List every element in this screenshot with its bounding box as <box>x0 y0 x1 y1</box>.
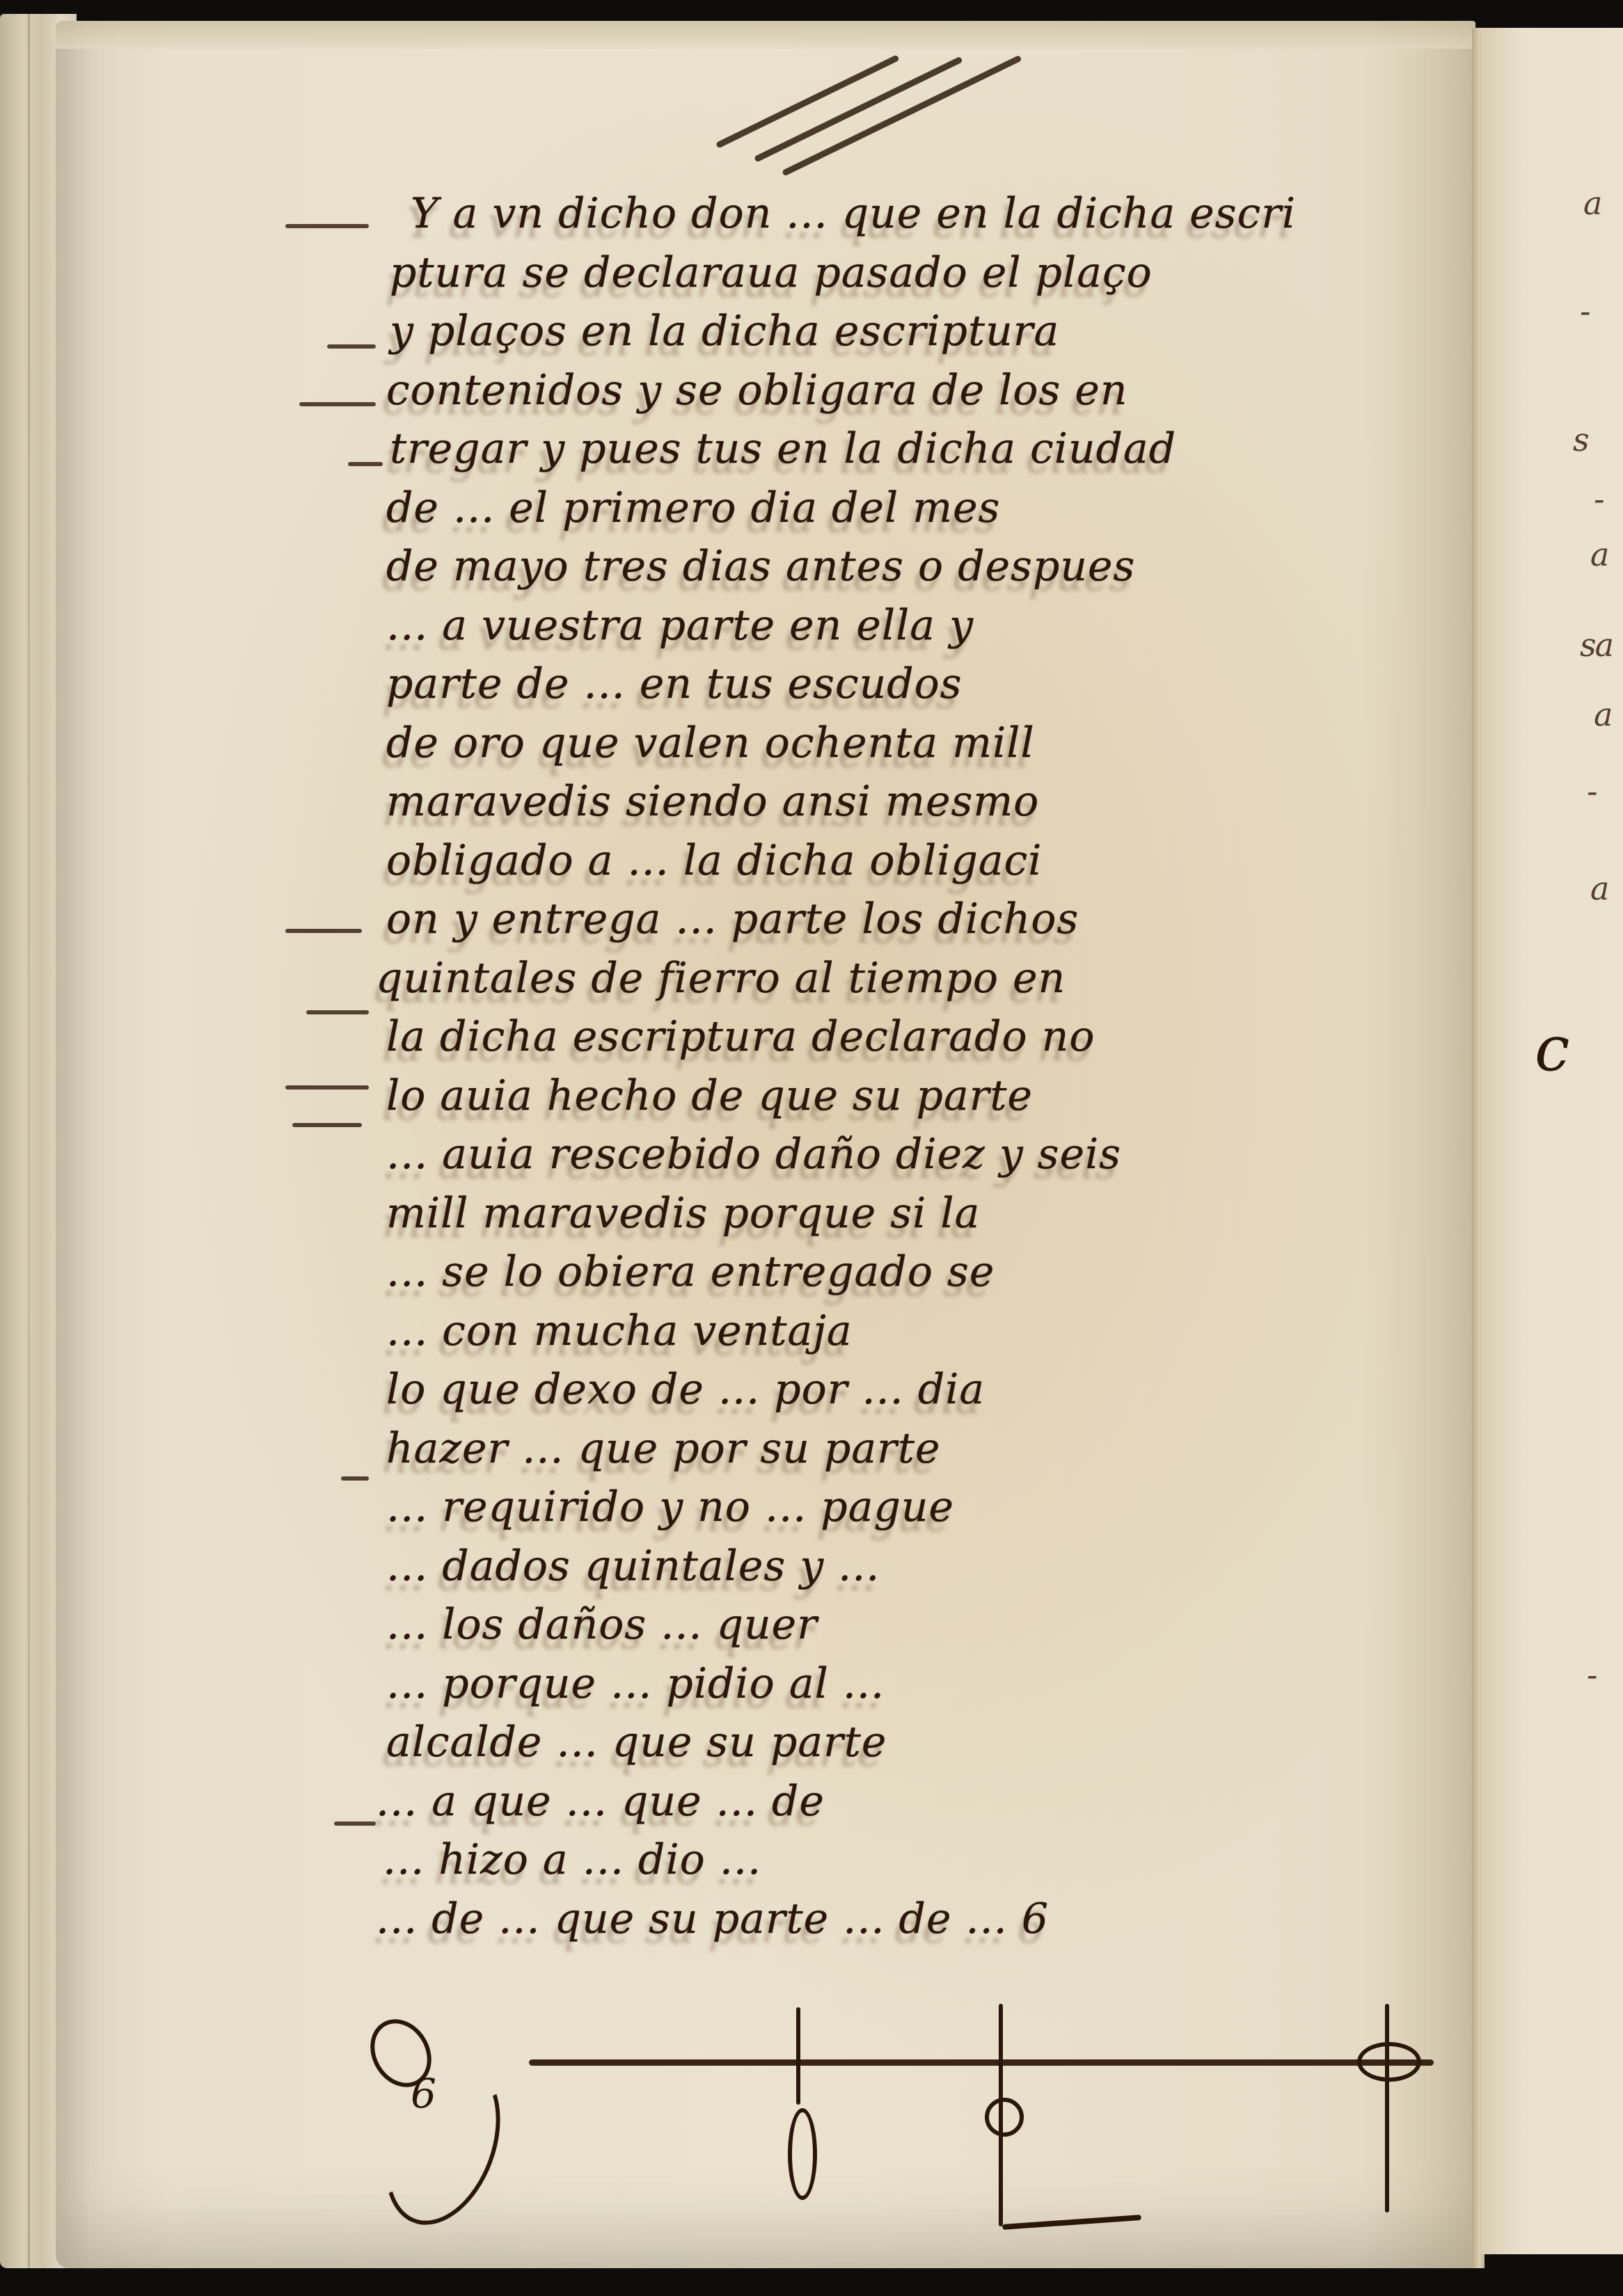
text-line: ... los daños ... quer <box>348 1595 1434 1655</box>
text-line: lo que dexo de ... por ... dia <box>348 1360 1434 1419</box>
text-line: ... con mucha ventaja <box>348 1302 1434 1361</box>
text-line: alcalde ... que su parte <box>348 1713 1434 1772</box>
facing-page-fragment: a <box>1583 184 1601 222</box>
text-line: de mayo tres dias antes o despues <box>348 537 1434 596</box>
facing-page-fragment: s <box>1573 421 1588 459</box>
manuscript-text-block: Y a vn dicho don ... que en la dicha esc… <box>348 184 1434 1948</box>
facing-page-fragment: a <box>1590 536 1608 573</box>
rubric-stem-center <box>796 2007 800 2105</box>
text-line: de ... el primero dia del mes <box>348 479 1434 538</box>
text-line: ... hizo a ... dio ... <box>348 1831 1434 1890</box>
text-line: Y a vn dicho don ... que en la dicha esc… <box>348 184 1434 244</box>
text-line: ptura se declaraua pasado el plaço <box>348 244 1434 303</box>
text-line: de oro que valen ochenta mill <box>348 714 1434 773</box>
header-slash-mark <box>717 38 1051 177</box>
text-line: mill maravedis porque si la <box>348 1184 1434 1243</box>
text-line: hazer ... que por su parte <box>348 1419 1434 1478</box>
facing-page-fragment: - <box>1587 1656 1597 1693</box>
rubric-loop-end <box>1357 2042 1421 2082</box>
rubric-oval-center <box>788 2108 817 2200</box>
rubric-circle-right <box>985 2098 1024 2137</box>
text-line: lo auia hecho de que su parte <box>348 1067 1434 1126</box>
text-line: ... dados quintales y ... <box>348 1537 1434 1596</box>
text-line: ... auia rescebido daño diez y seis <box>348 1125 1434 1184</box>
text-line: ... a que ... que ... de <box>348 1772 1434 1831</box>
folio-number: 6 <box>411 2070 436 2117</box>
facing-page-letter: c <box>1535 1012 1569 1085</box>
text-line: parte de ... en tus escudos <box>348 655 1434 714</box>
text-line: ... requirido y no ... pague <box>348 1478 1434 1537</box>
text-line: tregar y pues tus en la dicha ciudad <box>348 420 1434 479</box>
facing-page-fragment: - <box>1594 480 1604 518</box>
closing-rule <box>529 2059 1434 2066</box>
facing-page-fragment: - <box>1580 292 1590 330</box>
facing-page-fragment: a <box>1590 870 1608 907</box>
text-line: ... se lo obiera entregado se <box>348 1243 1434 1302</box>
rubric-stem-end <box>1385 2004 1389 2213</box>
facing-page-fragment: sa <box>1580 626 1613 664</box>
text-line: ... a vuestra parte en ella y <box>348 596 1434 655</box>
facing-page <box>1481 28 1623 2254</box>
facing-page-fragment: a <box>1594 696 1611 733</box>
text-line: quintales de fierro al tiempo en <box>348 949 1434 1008</box>
text-line: on y entrega ... parte los dichos <box>348 890 1434 949</box>
text-line: la dicha escriptura declarado no <box>348 1007 1434 1067</box>
text-line: maravedis siendo ansi mesmo <box>348 772 1434 831</box>
closing-text-line: ... de ... que su parte ... de ... 6 <box>348 1890 1434 1949</box>
text-line: y plaços en la dicha escriptura <box>348 302 1434 361</box>
text-line: ... porque ... pidio al ... <box>348 1655 1434 1714</box>
text-line: contenidos y se obligara de los en <box>348 361 1434 420</box>
text-line: obligado a ... la dicha obligaci <box>348 831 1434 891</box>
facing-page-fragment: - <box>1587 772 1597 810</box>
